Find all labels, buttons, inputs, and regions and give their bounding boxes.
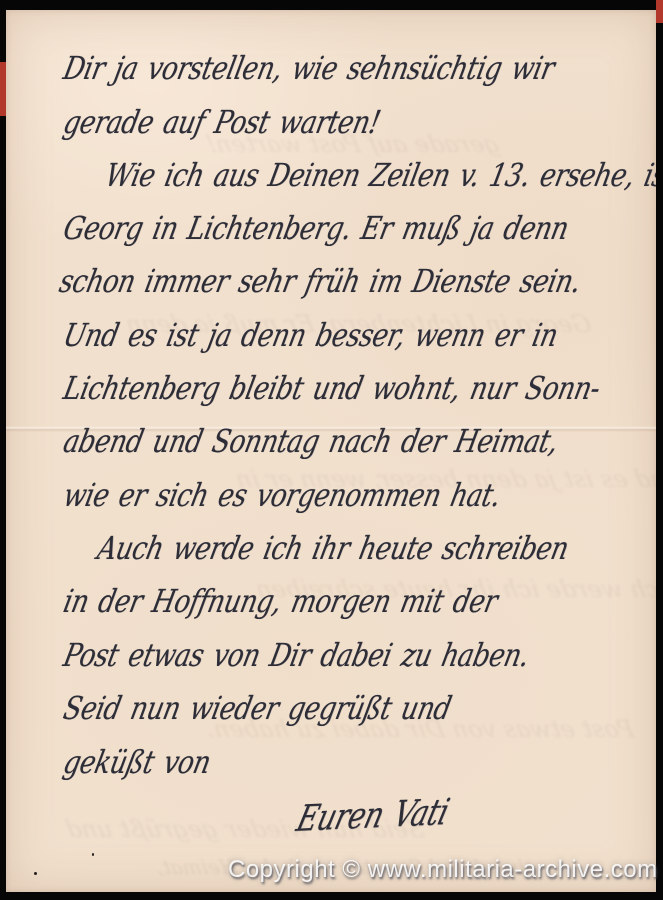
handwriting-text: Seid nun wieder gegrüßt und [60,691,454,728]
letter-paper: gerade auf Post warten! Georg in Lichten… [6,10,656,892]
handwriting-text: Auch werde ich ihr heute schreiben [94,531,571,568]
letter-line: Post etwas von Dir dabei zu haben. [64,641,528,671]
handwriting-text: in der Hoffnung, morgen mit der [60,584,500,621]
handwriting-text: Und es ist ja denn besser, wenn er in [60,318,561,355]
handwriting-text: Dir ja vorstellen, wie sehnsüchtig wir [60,51,557,88]
letter-line: in der Hoffnung, morgen mit der [64,587,496,617]
letter-line: schon immer sehr früh im Dienste sein. [60,267,580,297]
handwriting-text: Wie ich aus Deinen Zeilen v. 13. ersehe,… [102,158,656,195]
handwriting-text: gerade auf Post warten! [60,105,383,142]
letter-line: Und es ist ja denn besser, wenn er in [64,321,557,351]
handwriting-text: wie er sich es vorgenommen hat. [60,478,504,515]
signature: Euren Vati [298,802,446,835]
signature-text: Euren Vati [292,790,453,840]
red-edge-mark-top-right [656,0,663,23]
letter-line: geküßt von [64,748,210,778]
paper-speck [92,853,94,856]
letter-line: Georg in Lichtenberg. Er muß ja denn [64,214,568,244]
handwriting-text: Georg in Lichtenberg. Er muß ja denn [60,211,571,248]
letter-line: gerade auf Post warten! [64,108,379,138]
letter-line: abend und Sonntag nach der Heimat, [64,427,557,457]
copyright-watermark: Copyright © www.militaria-archive.com [228,856,658,884]
handwriting-text: Post etwas von Dir dabei zu haben. [60,638,532,675]
letter-line: Dir ja vorstellen, wie sehnsüchtig wir [64,54,553,84]
handwriting-text: schon immer sehr früh im Dienste sein. [56,264,584,301]
red-edge-mark-left [0,62,6,116]
scanned-letter-page: gerade auf Post warten! Georg in Lichten… [0,0,663,900]
letter-line: wie er sich es vorgenommen hat. [64,481,500,511]
handwriting-text: Lichtenberg bleibt und wohnt, nur Sonn- [60,371,603,408]
letter-line: Seid nun wieder gegrüßt und [64,694,450,724]
letter-line: Wie ich aus Deinen Zeilen v. 13. ersehe,… [106,161,656,191]
handwriting-text: abend und Sonntag nach der Heimat, [60,424,561,461]
letter-line: Auch werde ich ihr heute schreiben [98,534,568,564]
letter-line: Lichtenberg bleibt und wohnt, nur Sonn- [64,374,599,404]
handwriting-text: geküßt von [60,745,213,782]
paper-speck [34,872,37,875]
